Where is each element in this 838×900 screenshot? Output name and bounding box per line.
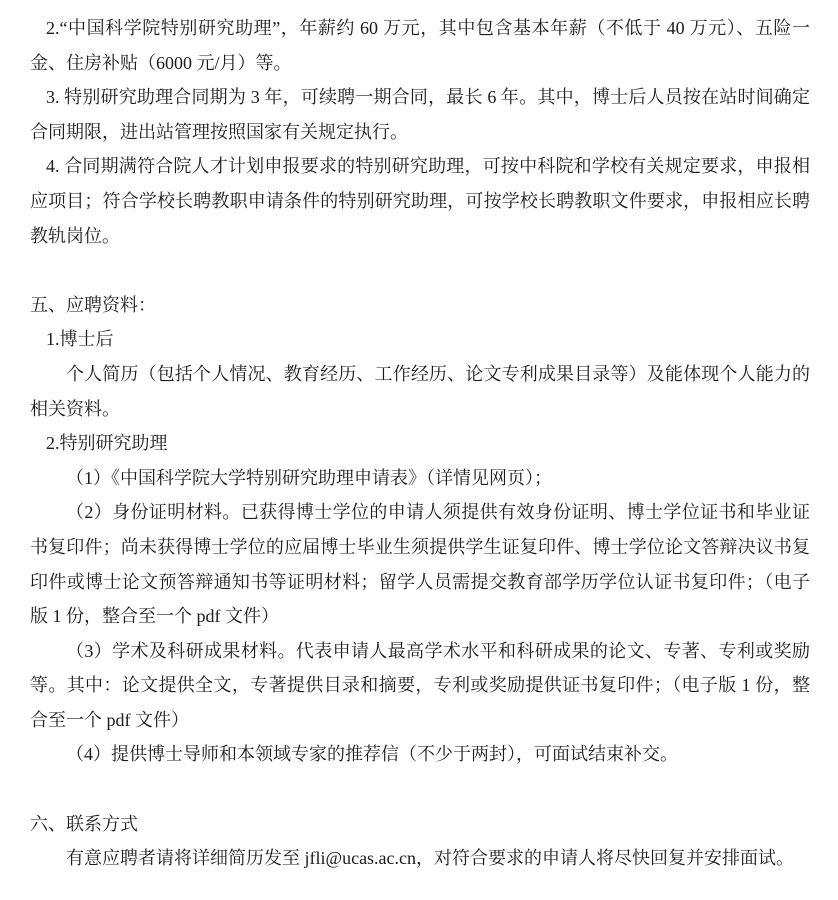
paragraph-contract-term: 3. 特别研究助理合同期为 3 年，可续聘一期合同，最长 6 年。其中，博士后人… (30, 80, 810, 149)
paragraph-identity-materials: （2）身份证明材料。已获得博士学位的申请人须提供有效身份证明、博士学位证书和毕业… (30, 495, 810, 633)
paragraph-contact: 有意应聘者请将详细简历发至 jfli@ucas.ac.cn，对符合要求的申请人将… (30, 841, 810, 876)
paragraph-postdoc-resume: 个人简历（包括个人情况、教育经历、工作经历、论文专利成果目录等）及能体现个人能力… (30, 357, 810, 426)
email-text: jfli@ucas.ac.cn (305, 848, 417, 868)
paragraph-talent-programs: 4. 合同期满符合院人才计划申报要求的特别研究助理，可按中科院和学校有关规定要求… (30, 149, 810, 253)
contact-text-suffix: ，对符合要求的申请人将尽快回复并安排面试。 (416, 848, 794, 868)
list-item-postdoc: 1.博士后 (30, 322, 810, 357)
paragraph-application-form: （1）《中国科学院大学特别研究助理申请表》（详情见网页）； (30, 461, 810, 496)
paragraph-salary: 2.“中国科学院特别研究助理”，年薪约 60 万元，其中包含基本年薪（不低于 4… (30, 11, 810, 80)
section-heading-contact: 六、联系方式 (30, 807, 810, 842)
paragraph-academic-materials: （3）学术及科研成果材料。代表申请人最高学术水平和科研成果的论文、专著、专利或奖… (30, 634, 810, 738)
section-heading-application-materials: 五、应聘资料： (30, 288, 810, 323)
list-item-research-assistant: 2.特别研究助理 (30, 426, 810, 461)
contact-text-prefix: 有意应聘者请将详细简历发至 (66, 848, 305, 868)
document-page: 2.“中国科学院特别研究助理”，年薪约 60 万元，其中包含基本年薪（不低于 4… (0, 0, 838, 900)
paragraph-recommendation-letters: （4）提供博士导师和本领域专家的推荐信（不少于两封），可面试结束补交。 (30, 737, 810, 772)
